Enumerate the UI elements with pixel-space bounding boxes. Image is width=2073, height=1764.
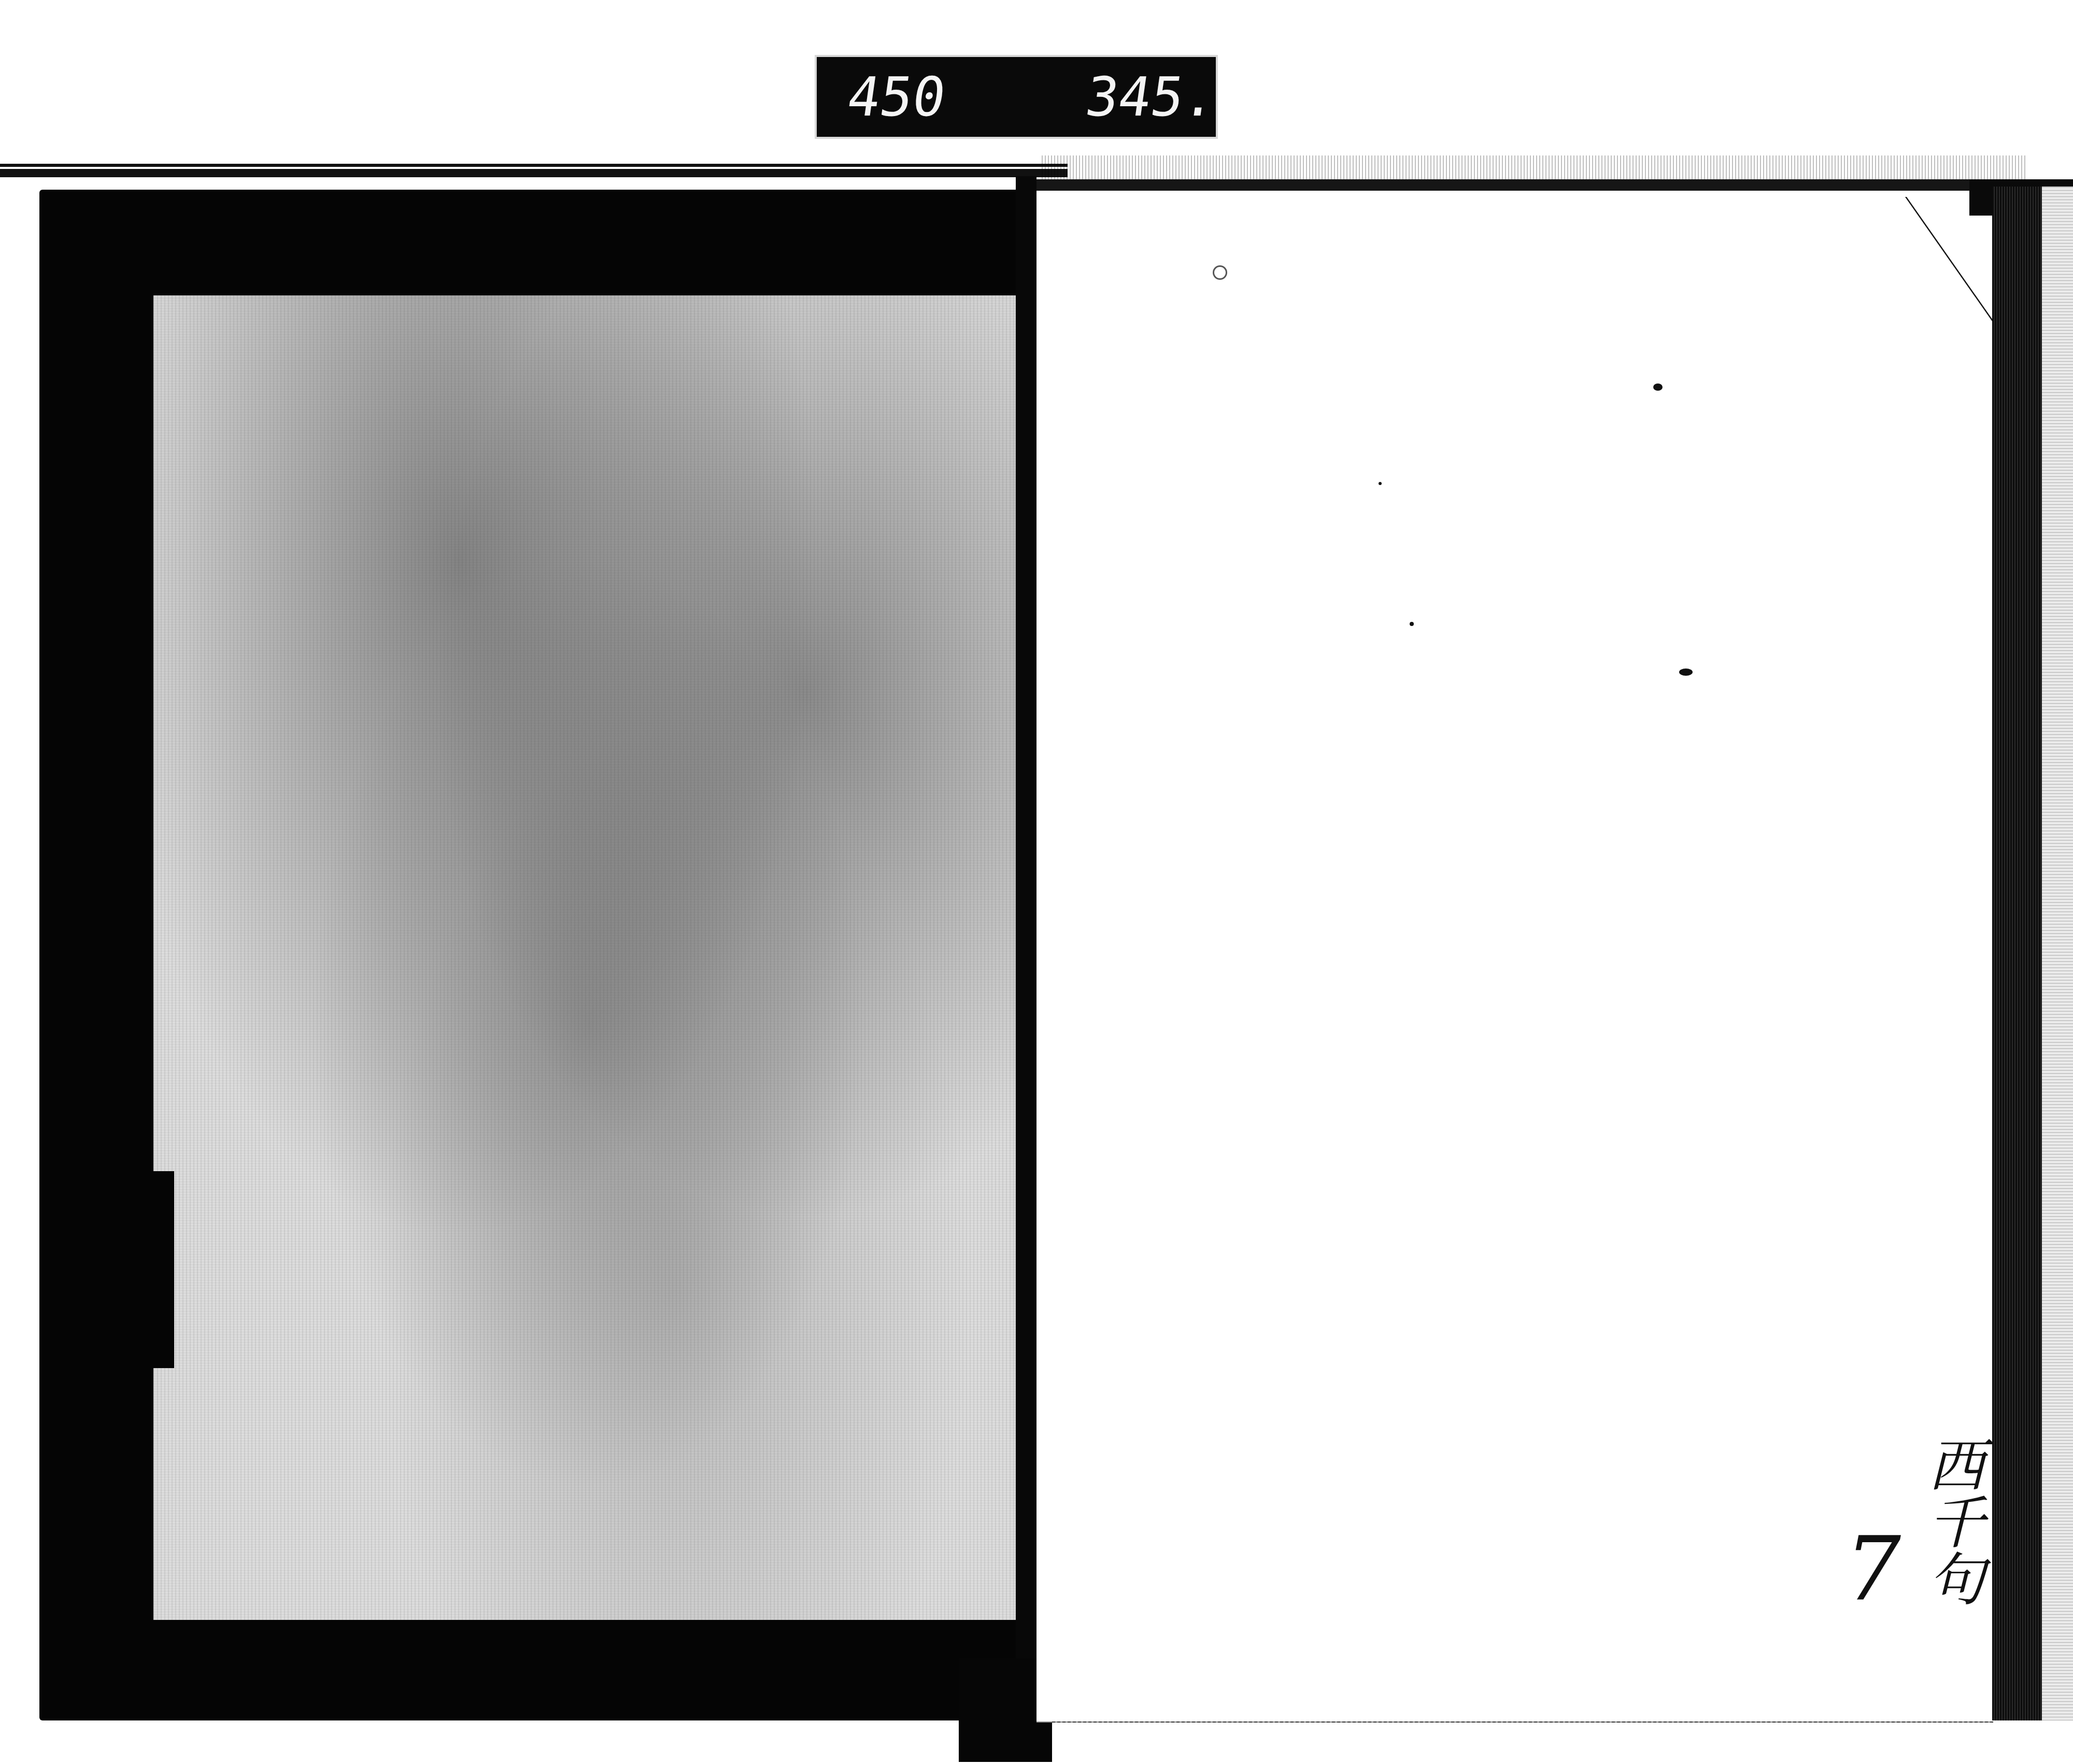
left-page-cover-paper — [153, 295, 1024, 1620]
frame-counter-label: 450 345. — [815, 55, 1218, 139]
handwritten-number: 7 — [1845, 1518, 1901, 1621]
ink-speck — [1213, 265, 1227, 280]
book-spine — [1016, 176, 1036, 1726]
handwritten-characters: 西千句 — [1923, 1435, 1981, 1606]
frame-counter-frame: 345. — [1082, 68, 1220, 125]
ink-speck — [1379, 482, 1382, 485]
ink-speck — [1653, 383, 1663, 391]
ink-speck — [1679, 668, 1693, 676]
frame-counter-reel: 450 — [844, 68, 949, 125]
top-rule-thick — [0, 169, 1068, 177]
page-bottom-edge — [1052, 1722, 1995, 1723]
handwritten-annotation: 西千句 7 — [1845, 1435, 2032, 1622]
top-rule — [0, 164, 1068, 167]
ink-speck — [1410, 622, 1414, 626]
right-page-top-edge — [1042, 155, 2026, 181]
scan-margin — [2042, 187, 2073, 1720]
left-page-torn-edge — [153, 1171, 174, 1368]
